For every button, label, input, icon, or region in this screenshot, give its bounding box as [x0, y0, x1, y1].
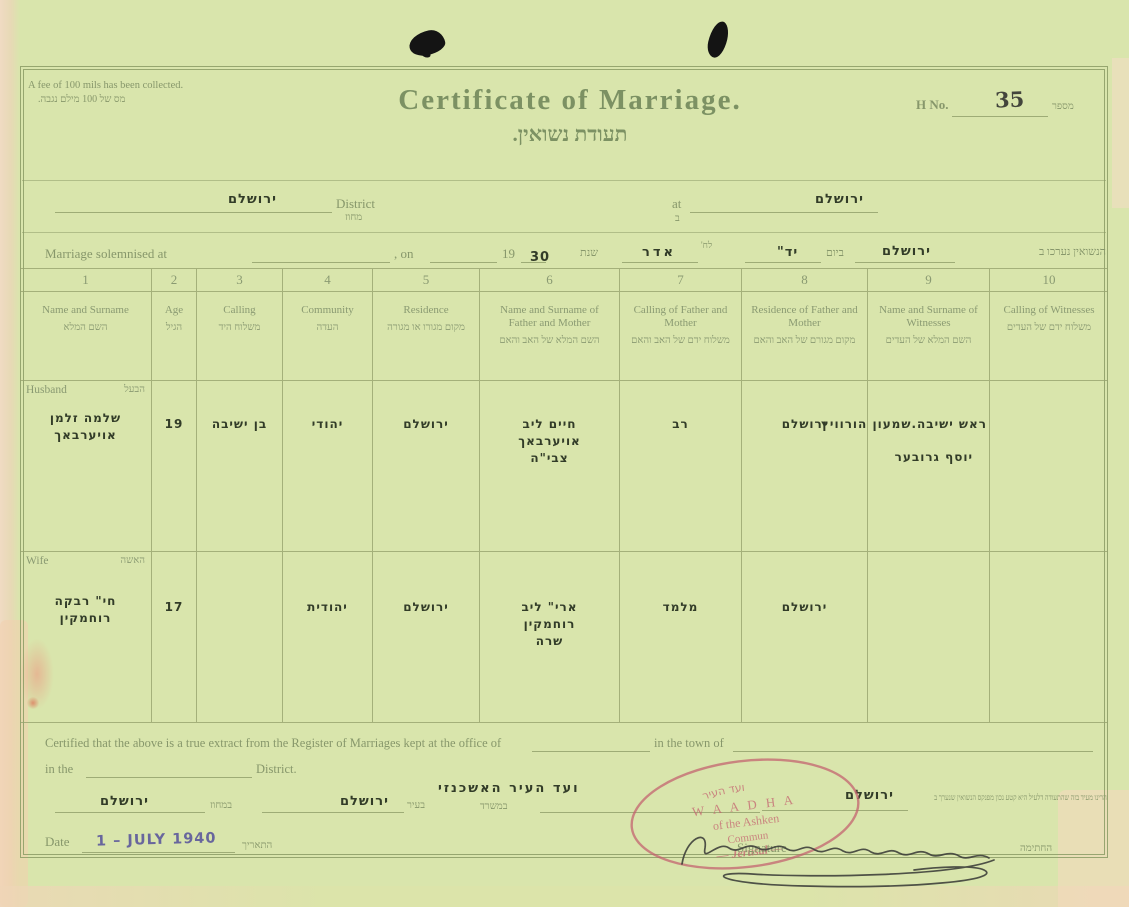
wife-values-col8: ירושלם — [742, 599, 867, 616]
husband-cell-col1: Husbandהבעלשלמה זלמןאויערבאך — [20, 381, 152, 552]
typed-entry: אויערבאך — [20, 427, 151, 444]
date-label-he: התאריך — [242, 840, 272, 851]
column-6-number: 6 — [480, 269, 620, 292]
month-blank — [622, 262, 698, 263]
district-blank-left — [55, 212, 332, 213]
date-label: Date — [45, 834, 70, 850]
wife-cell-col6: ארי" ליברוחמקיןשרה — [480, 552, 620, 723]
column-header-he: מקום מגורם של האב והאם — [742, 335, 867, 347]
wife-values-col4: יהודית — [283, 599, 372, 616]
wife-row-label: Wifeהאשה — [20, 552, 151, 567]
typed-entry: חיים ליב — [480, 416, 619, 433]
wife-cell-col2: 17 — [152, 552, 197, 723]
husband-values-col4: יהודי — [283, 416, 372, 433]
certificate-number-label: H No. — [916, 97, 949, 113]
bayom-label: ביום — [826, 247, 844, 259]
husband-cell-col3: בן ישיבה — [197, 381, 283, 552]
column-header-en: Community — [283, 292, 372, 319]
marriage-table: 12345678910Name and Surnameהשם המלאAgeהג… — [20, 268, 1108, 723]
wife-cell-col9 — [868, 552, 990, 723]
typed-entry: ראש ישיבה.שמעון הורוויץ — [868, 416, 989, 433]
certificate-title-he: תעודת נשואין. — [450, 122, 690, 147]
column-header-en: Age — [152, 292, 196, 319]
column-6-header: Name and Surname of Father and Motherהשם… — [480, 292, 620, 381]
wife-cell-col3 — [197, 552, 283, 723]
certificate-title-en: Certificate of Marriage. — [340, 84, 800, 117]
place-he-blank — [855, 262, 955, 263]
place-he-typed: ירושלם — [882, 244, 931, 259]
column-header-en: Calling — [197, 292, 282, 319]
column-3-number: 3 — [197, 269, 283, 292]
signature-scrawl — [672, 812, 1032, 892]
certificate-number-value: 35 — [995, 86, 1025, 112]
certified-line1: Certified that the above is a true extra… — [45, 736, 501, 751]
column-7-header: Calling of Father and Motherמשלוח ידם של… — [620, 292, 742, 381]
column-header-en: Residence of Father and Mother — [742, 292, 867, 332]
wife-cell-col10 — [990, 552, 1108, 723]
district-label-he: מחוז — [345, 212, 362, 223]
column-header-he: העדה — [283, 322, 372, 334]
wife-values-col1: חי" רבקהרוחמקין — [20, 593, 151, 627]
he-district-label: במחוז — [210, 800, 232, 811]
typed-entry: ירושלם — [373, 599, 479, 616]
column-3-header: Callingמשלוח היד — [197, 292, 283, 381]
column-header-he: הגיל — [152, 322, 196, 334]
column-4-number: 4 — [283, 269, 373, 292]
typed-entry: יהודית — [283, 599, 372, 616]
husband-values-col7: רב — [620, 416, 741, 433]
typed-entry: שלמה זלמן — [20, 410, 151, 427]
typed-entry: 19 — [152, 416, 196, 433]
husband-label-he: הבעל — [124, 384, 145, 396]
marriage-blank-date — [430, 262, 497, 263]
wife-cell-col8: ירושלם — [742, 552, 868, 723]
he-district-typed: ירושלם — [100, 794, 149, 809]
husband-values-col3: בן ישיבה — [197, 416, 282, 433]
number-blank-line — [952, 116, 1048, 117]
column-4-header: Communityהעדה — [283, 292, 373, 381]
marriage-solemnised-label: Marriage solemnised at — [45, 246, 167, 262]
he-office-label: במשרד — [480, 801, 508, 812]
column-7-number: 7 — [620, 269, 742, 292]
day-blank — [745, 262, 821, 263]
husband-cell-col7: רב — [620, 381, 742, 552]
typed-entry: 17 — [152, 599, 196, 616]
typed-entry: רב — [620, 416, 741, 433]
column-header-he: משלוח ידם של העדים — [990, 322, 1108, 334]
column-header-en: Name and Surname of Father and Mother — [480, 292, 619, 332]
column-9-number: 9 — [868, 269, 990, 292]
ink-blot-right — [705, 19, 731, 59]
column-header-he: מקום מגורו או מגורה — [373, 322, 479, 334]
wife-cell-col1: Wifeהאשהחי" רבקהרוחמקין — [20, 552, 152, 723]
district-value: ירושלם — [228, 192, 277, 207]
lechodesh-label: לח' — [701, 240, 712, 250]
husband-cell-col5: ירושלם — [373, 381, 480, 552]
column-8-number: 8 — [742, 269, 868, 292]
husband-cell-col4: יהודי — [283, 381, 373, 552]
husband-values-col1: שלמה זלמןאויערבאך — [20, 410, 151, 444]
column-1-number: 1 — [20, 269, 152, 292]
husband-values-col6: חיים ליבאויערבאךצבי"ה — [480, 416, 619, 467]
scan-edge-right-top — [1112, 58, 1129, 208]
column-2-header: Ageהגיל — [152, 292, 197, 381]
certificate-number-label-he: מספר — [1052, 101, 1074, 112]
he-city-typed: ירושלם — [340, 794, 389, 809]
certified-blank-district — [86, 777, 252, 778]
he-district-blank — [55, 812, 205, 813]
day-typed: יד" — [777, 245, 798, 260]
certified-town-label: in the town of — [654, 736, 724, 751]
typed-entry: שרה — [480, 633, 619, 650]
husband-values-col5: ירושלם — [373, 416, 479, 433]
rule-mid-section — [22, 232, 1106, 233]
marriage-blank-place — [252, 262, 390, 263]
wife-values-col6: ארי" ליברוחמקיןשרה — [480, 599, 619, 650]
wife-label-en: Wife — [26, 555, 49, 567]
fee-note-he: מס של 100 מילם נגבה. — [38, 94, 125, 105]
column-9-header: Name and Surname of Witnessesהשם המלא של… — [868, 292, 990, 381]
column-header-he: השם המלא של העדים — [868, 335, 989, 347]
month-typed: אדר — [642, 245, 676, 260]
column-header-en: Name and Surname — [20, 292, 151, 319]
at-blank — [690, 212, 878, 213]
husband-values-col2: 19 — [152, 416, 196, 433]
typed-entry: ארי" ליב — [480, 599, 619, 616]
husband-cell-col10 — [990, 381, 1108, 552]
typed-entry: ירושלם — [742, 599, 867, 616]
marriage-on-label: , on — [394, 246, 414, 262]
wife-cell-col5: ירושלם — [373, 552, 480, 723]
wife-cell-col7: מלמד — [620, 552, 742, 723]
husband-values-col9: ראש ישיבה.שמעון הורוויץיוסף גרובער — [868, 416, 989, 466]
typed-entry: רוחמקין — [480, 616, 619, 633]
certified-line2: in the — [45, 762, 73, 777]
district-label-en: District — [336, 196, 375, 212]
column-header-he: משלוח ידם של האב והאם — [620, 335, 741, 347]
wife-values-col5: ירושלם — [373, 599, 479, 616]
column-header-he: משלוח היד — [197, 322, 282, 334]
column-5-header: Residenceמקום מגורו או מגורה — [373, 292, 480, 381]
date-blank — [82, 852, 235, 853]
husband-label-en: Husband — [26, 384, 67, 396]
column-header-en: Name and Surname of Witnesses — [868, 292, 989, 332]
marriage-he-prefix: הנשואין נערכו ב — [962, 246, 1106, 258]
column-header-en: Residence — [373, 292, 479, 319]
marriage-year-printed: 19 — [502, 246, 515, 262]
wife-values-col7: מלמד — [620, 599, 741, 616]
rule-top-section — [22, 180, 1106, 181]
at-value: ירושלם — [815, 192, 864, 207]
typed-entry: מלמד — [620, 599, 741, 616]
column-header-he: השם המלא — [20, 322, 151, 334]
he-city-label: בעיר — [407, 800, 425, 811]
certificate-page: A fee of 100 mils has been collected. מס… — [0, 0, 1129, 907]
shnat-label: שנת — [580, 247, 598, 259]
typed-entry: יוסף גרובער — [868, 449, 989, 466]
husband-cell-col2: 19 — [152, 381, 197, 552]
husband-cell-col8: ירושלם — [742, 381, 868, 552]
at-label-he: ב — [675, 213, 680, 224]
column-5-number: 5 — [373, 269, 480, 292]
scan-edge-left — [0, 0, 20, 907]
wife-label-he: האשה — [120, 555, 145, 567]
column-10-number: 10 — [990, 269, 1108, 292]
husband-cell-col9: ראש ישיבה.שמעון הורוויץיוסף גרובער — [868, 381, 990, 552]
wife-values-col2: 17 — [152, 599, 196, 616]
typed-entry: רוחמקין — [20, 610, 151, 627]
typed-entry: יהודי — [283, 416, 372, 433]
typed-entry: אויערבאך — [480, 433, 619, 450]
column-8-header: Residence of Father and Motherמקום מגורם… — [742, 292, 868, 381]
husband-row-label: Husbandהבעל — [20, 381, 151, 396]
typed-entry: צבי"ה — [480, 450, 619, 467]
husband-cell-col6: חיים ליבאויערבאךצבי"ה — [480, 381, 620, 552]
column-2-number: 2 — [152, 269, 197, 292]
he-office-typed: ועד העיר האשכנזי — [438, 781, 580, 796]
column-10-header: Calling of Witnessesמשלוח ידם של העדים — [990, 292, 1108, 381]
wife-cell-col4: יהודית — [283, 552, 373, 723]
marriage-year-typed: 30 — [530, 250, 550, 265]
he-city-blank — [262, 812, 404, 813]
fee-note-en: A fee of 100 mils has been collected. — [28, 80, 183, 91]
typed-entry: בן ישיבה — [197, 416, 282, 433]
column-header-he: השם המלא של האב והאם — [480, 335, 619, 347]
at-label-en: at — [672, 196, 681, 212]
he-certified-sentence: הרינו מעיד בזה שהתעודה דלעיל היא קטע נכו… — [934, 793, 1107, 802]
column-header-en: Calling of Witnesses — [990, 292, 1108, 319]
date-stamp-value: 1 – JULY 1940 — [96, 830, 217, 849]
typed-entry: חי" רבקה — [20, 593, 151, 610]
column-header-en: Calling of Father and Mother — [620, 292, 741, 332]
certified-district-label: District. — [256, 762, 297, 777]
column-1-header: Name and Surnameהשם המלא — [20, 292, 152, 381]
typed-entry: ירושלם — [373, 416, 479, 433]
